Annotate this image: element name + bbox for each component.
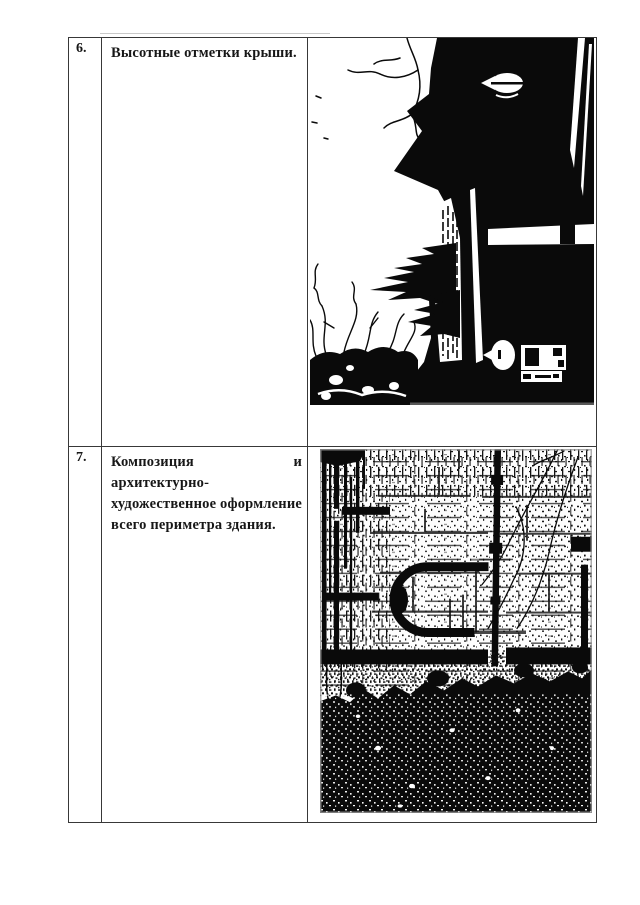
description-cell: Композиция и архитектурно- художественно…: [102, 447, 308, 823]
table-row: 6. Высотные отметки крыши.: [69, 38, 597, 447]
photo-cell: [308, 447, 597, 823]
description-text: Высотные отметки крыши.: [111, 43, 302, 64]
scanned-document-page: 6. Высотные отметки крыши.: [0, 0, 640, 905]
description-word: и: [293, 452, 302, 473]
items-table: 6. Высотные отметки крыши.: [68, 37, 597, 823]
table-row: 7. Композиция и архитектурно- художестве…: [69, 447, 597, 823]
row-number-cell: 7.: [69, 447, 102, 823]
description-cell: Высотные отметки крыши.: [102, 38, 308, 447]
facade-photo: [320, 449, 592, 813]
row-number: 6.: [69, 38, 101, 57]
scan-artifact: [100, 33, 330, 34]
roof-photo: [310, 38, 594, 405]
description-text: Композиция и архитектурно- художественно…: [102, 447, 307, 536]
description-word: Композиция: [111, 452, 194, 473]
row-number: 7.: [69, 447, 101, 466]
row-number-cell: 6.: [69, 38, 102, 447]
photo-cell: [308, 38, 597, 447]
